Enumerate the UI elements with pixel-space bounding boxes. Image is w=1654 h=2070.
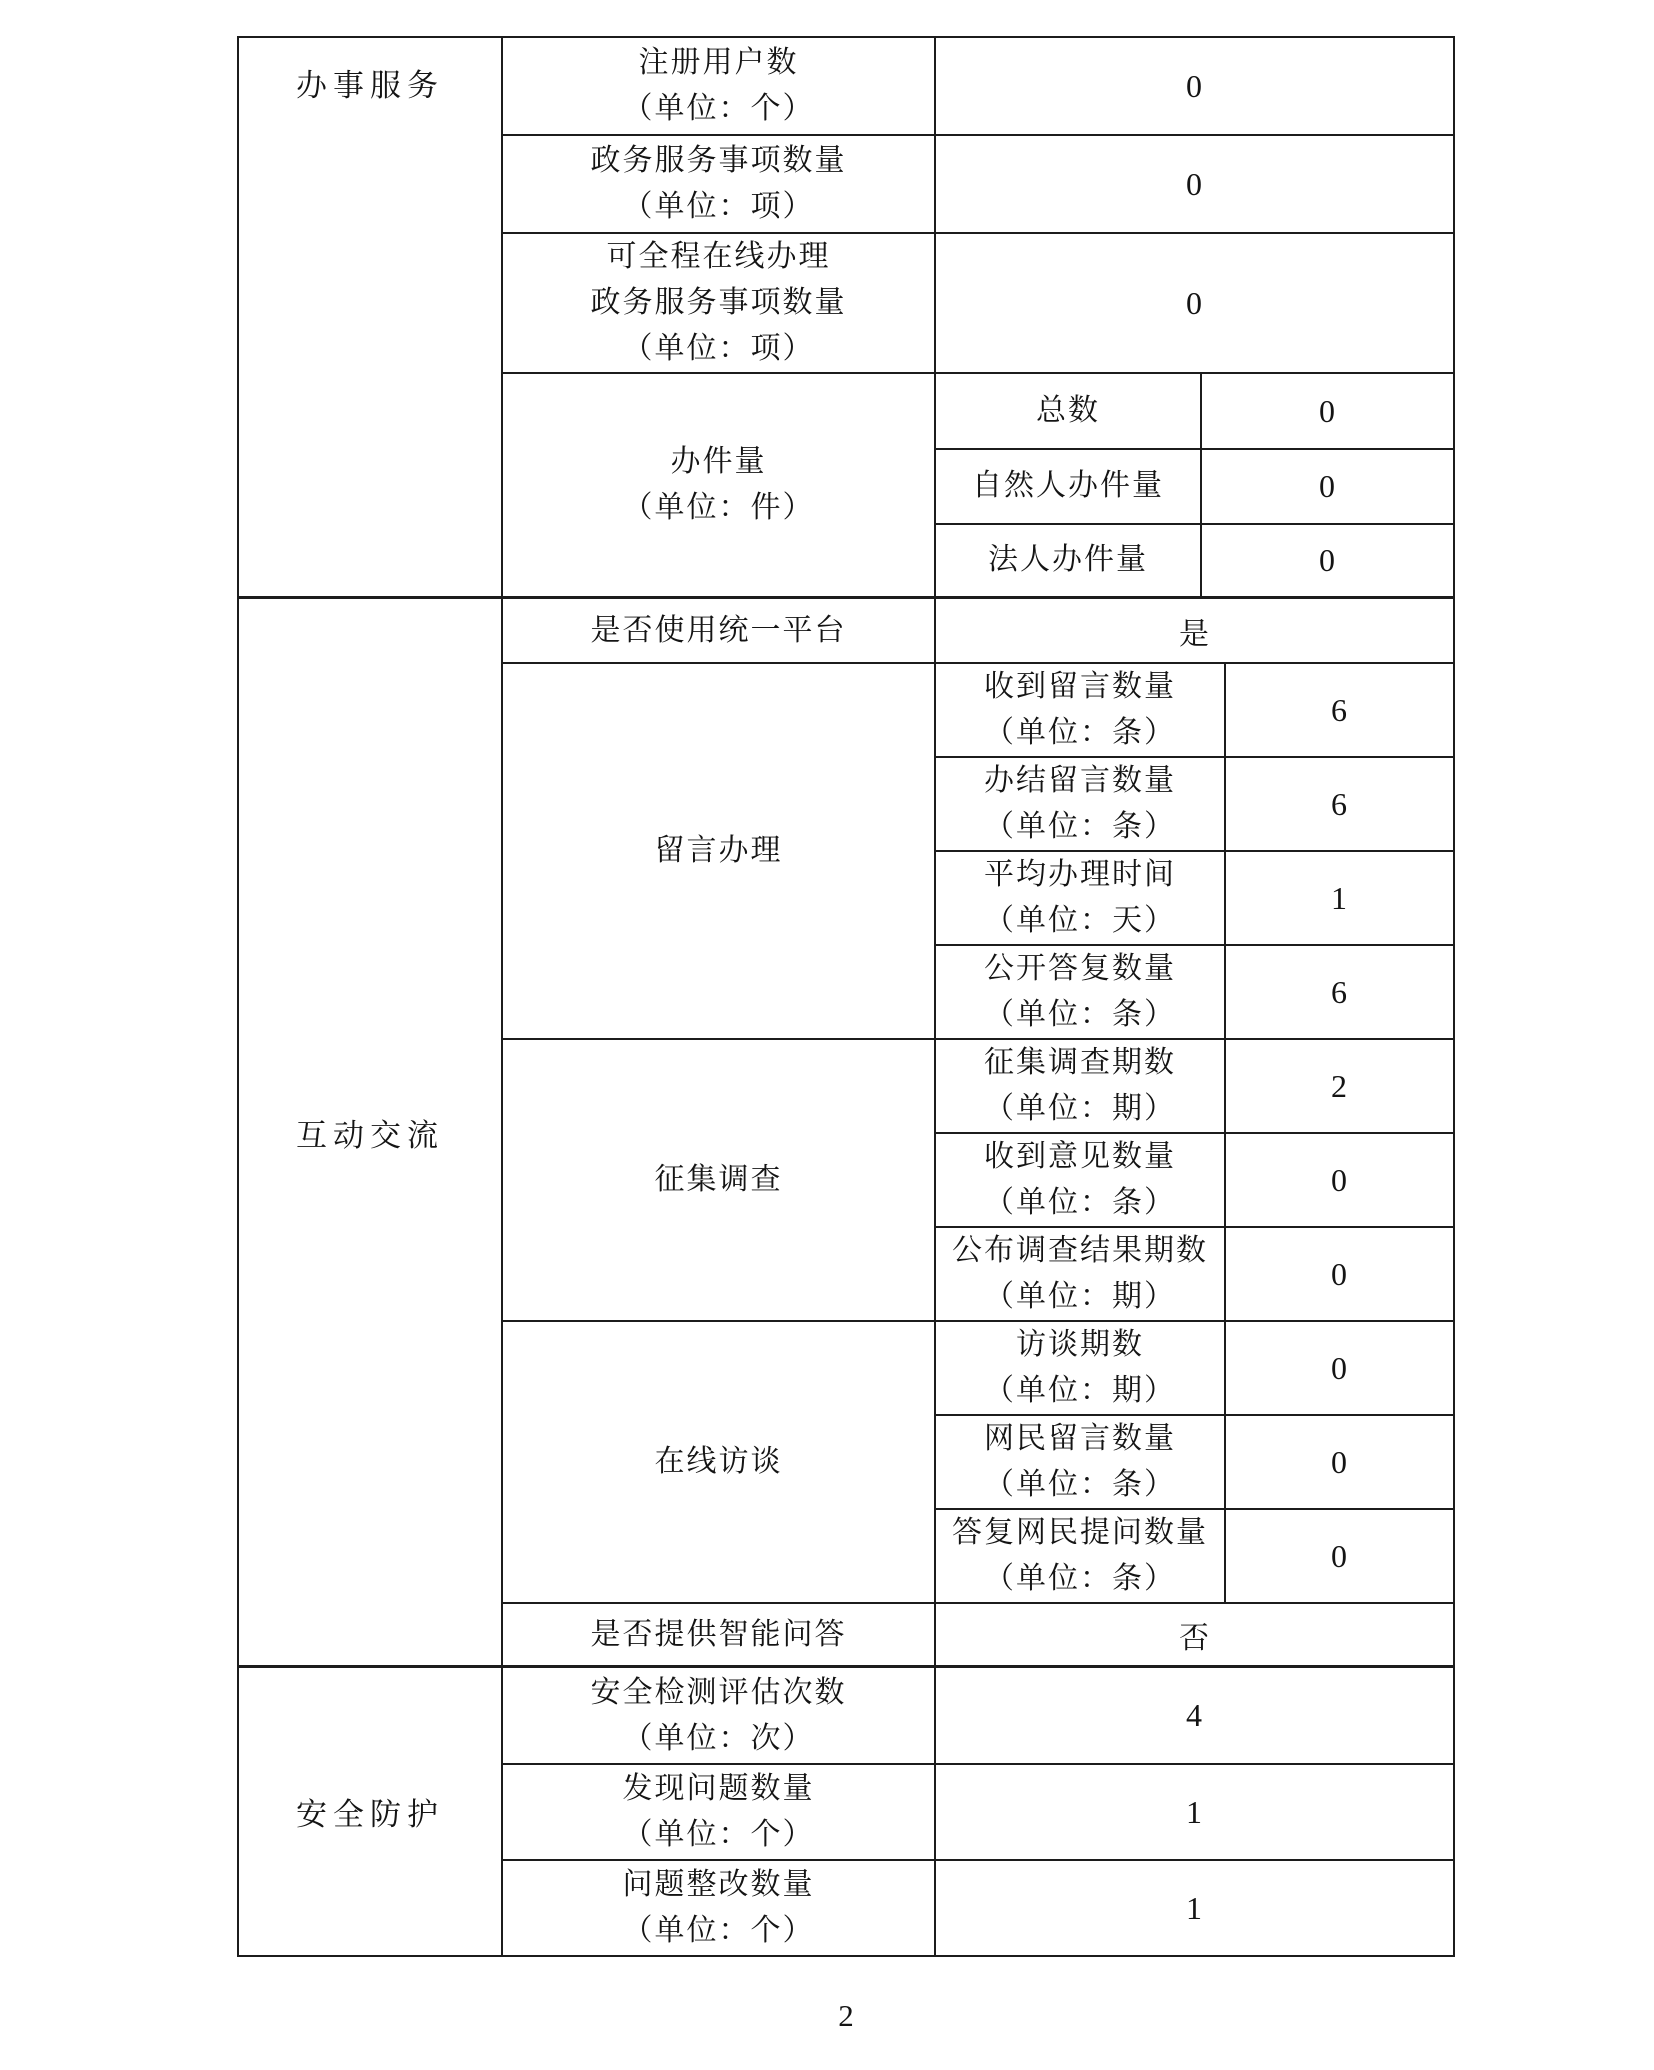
row-group-interview: 在线访谈 访谈期数 （单位：期） 0 网民留言数量 （单位：条） bbox=[503, 1320, 1453, 1602]
value-problems-fixed: 1 bbox=[936, 1861, 1453, 1955]
category-interaction-label: 互动交流 bbox=[296, 1110, 444, 1155]
label-survey-results: 公布调查结果期数 （单位：期） bbox=[936, 1228, 1226, 1320]
label-unit-line: （单位：次） bbox=[623, 1716, 815, 1762]
label-line: 访谈期数 bbox=[1016, 1322, 1144, 1368]
row-problems-fixed: 问题整改数量 （单位：个） 1 bbox=[503, 1859, 1453, 1955]
row-group-cases: 办件量 （单位：件） 总数 0 自然人办件量 0 bbox=[503, 372, 1453, 596]
label-unified-platform: 是否使用统一平台 bbox=[503, 599, 936, 662]
row-registered-users: 注册用户数 （单位：个） 0 bbox=[503, 38, 1453, 134]
label-unit-line: （单位：项） bbox=[623, 184, 815, 230]
label-online-items: 可全程在线办理 政务服务事项数量 （单位：项） bbox=[503, 234, 936, 372]
label-interview-periods: 访谈期数 （单位：期） bbox=[936, 1322, 1226, 1414]
value-cases-legal: 0 bbox=[1202, 525, 1453, 596]
label-line: 办件量 bbox=[671, 439, 767, 485]
value-interview-periods: 0 bbox=[1226, 1322, 1453, 1414]
value-registered-users: 0 bbox=[936, 38, 1453, 134]
label-line: 答复网民提问数量 bbox=[952, 1510, 1208, 1556]
label-cases-natural: 自然人办件量 bbox=[936, 450, 1202, 522]
label-line: 可全程在线办理 bbox=[607, 234, 831, 280]
subrow-interview-messages: 网民留言数量 （单位：条） 0 bbox=[936, 1414, 1453, 1508]
label-line: 注册用户数 bbox=[639, 40, 799, 86]
label-problems-fixed: 问题整改数量 （单位：个） bbox=[503, 1861, 936, 1955]
label-avg-handling-time: 平均办理时间 （单位：天） bbox=[936, 852, 1226, 944]
label-line: 发现问题数量 bbox=[623, 1766, 815, 1812]
value-survey-periods: 2 bbox=[1226, 1040, 1453, 1132]
row-problems-found: 发现问题数量 （单位：个） 1 bbox=[503, 1763, 1453, 1859]
label-unit-line: （单位：件） bbox=[623, 485, 815, 531]
label-unit-line: （单位：个） bbox=[623, 86, 815, 132]
subrow-cases-legal: 法人办件量 0 bbox=[936, 523, 1453, 596]
value-avg-handling-time: 1 bbox=[1226, 852, 1453, 944]
label-survey-group: 征集调查 bbox=[503, 1040, 936, 1320]
row-security-checks: 安全检测评估次数 （单位：次） 4 bbox=[503, 1668, 1453, 1763]
label-line: 问题整改数量 bbox=[623, 1862, 815, 1908]
label-unit-line: （单位：期） bbox=[984, 1274, 1176, 1320]
value-problems-found: 1 bbox=[936, 1765, 1453, 1859]
label-registered-users: 注册用户数 （单位：个） bbox=[503, 38, 936, 134]
label-interview-replies: 答复网民提问数量 （单位：条） bbox=[936, 1510, 1226, 1602]
label-line: 收到留言数量 bbox=[984, 664, 1176, 710]
label-unit-line: （单位：期） bbox=[984, 1086, 1176, 1132]
label-unit-line: （单位：期） bbox=[984, 1368, 1176, 1414]
label-line: 自然人办件量 bbox=[972, 463, 1164, 509]
label-line: 收到意见数量 bbox=[984, 1134, 1176, 1180]
section-service-content: 注册用户数 （单位：个） 0 政务服务事项数量 （单位：项） 0 可全程在线办理… bbox=[503, 38, 1453, 596]
value-smart-qa: 否 bbox=[936, 1604, 1453, 1665]
subrow-survey-results: 公布调查结果期数 （单位：期） 0 bbox=[936, 1226, 1453, 1320]
row-unified-platform: 是否使用统一平台 是 bbox=[503, 599, 1453, 662]
label-interview-group: 在线访谈 bbox=[503, 1322, 936, 1602]
label-unit-line: （单位：天） bbox=[984, 898, 1176, 944]
label-line: 公开答复数量 bbox=[984, 946, 1176, 992]
section-service: 办事服务 注册用户数 （单位：个） 0 政务服务事项数量 （单位：项） 0 可全… bbox=[239, 38, 1453, 596]
value-public-replies: 6 bbox=[1226, 946, 1453, 1038]
label-cases-total: 总数 bbox=[936, 374, 1202, 448]
value-interview-messages: 0 bbox=[1226, 1416, 1453, 1508]
value-messages-received: 6 bbox=[1226, 664, 1453, 756]
subrow-interview-replies: 答复网民提问数量 （单位：条） 0 bbox=[936, 1508, 1453, 1602]
label-line: 是否使用统一平台 bbox=[591, 608, 847, 654]
value-survey-opinions: 0 bbox=[1226, 1134, 1453, 1226]
label-unit-line: （单位：条） bbox=[984, 710, 1176, 756]
label-line: 网民留言数量 bbox=[984, 1416, 1176, 1462]
label-line: 公布调查结果期数 bbox=[952, 1228, 1208, 1274]
value-survey-results: 0 bbox=[1226, 1228, 1453, 1320]
page-number: 2 bbox=[237, 1998, 1455, 2034]
value-unified-platform: 是 bbox=[936, 599, 1453, 662]
label-line: 法人办件量 bbox=[988, 537, 1148, 583]
category-service-label: 办事服务 bbox=[296, 60, 444, 105]
label-line: 总数 bbox=[1036, 388, 1100, 434]
subrow-avg-handling-time: 平均办理时间 （单位：天） 1 bbox=[936, 850, 1453, 944]
row-smart-qa: 是否提供智能问答 否 bbox=[503, 1602, 1453, 1665]
label-unit-line: （单位：条） bbox=[984, 1462, 1176, 1508]
label-security-checks: 安全检测评估次数 （单位：次） bbox=[503, 1668, 936, 1763]
label-problems-found: 发现问题数量 （单位：个） bbox=[503, 1765, 936, 1859]
label-line: 政务服务事项数量 bbox=[591, 280, 847, 326]
category-security-label: 安全防护 bbox=[296, 1789, 444, 1834]
label-line: 留言办理 bbox=[655, 828, 783, 874]
subrow-survey-opinions: 收到意见数量 （单位：条） 0 bbox=[936, 1132, 1453, 1226]
label-line: 征集调查期数 bbox=[984, 1040, 1176, 1086]
value-online-items: 0 bbox=[936, 234, 1453, 372]
label-line: 是否提供智能问答 bbox=[591, 1612, 847, 1658]
label-survey-periods: 征集调查期数 （单位：期） bbox=[936, 1040, 1226, 1132]
label-line: 安全检测评估次数 bbox=[591, 1670, 847, 1716]
label-cases: 办件量 （单位：件） bbox=[503, 374, 936, 596]
row-online-items: 可全程在线办理 政务服务事项数量 （单位：项） 0 bbox=[503, 232, 1453, 372]
value-cases-natural: 0 bbox=[1202, 450, 1453, 522]
message-handling-subrows: 收到留言数量 （单位：条） 6 办结留言数量 （单位：条） 6 bbox=[936, 664, 1453, 1038]
label-service-items: 政务服务事项数量 （单位：项） bbox=[503, 136, 936, 232]
label-messages-completed: 办结留言数量 （单位：条） bbox=[936, 758, 1226, 850]
subrow-cases-natural: 自然人办件量 0 bbox=[936, 448, 1453, 522]
label-unit-line: （单位：条） bbox=[984, 1556, 1176, 1602]
survey-subrows: 征集调查期数 （单位：期） 2 收到意见数量 （单位：条） 0 bbox=[936, 1040, 1453, 1320]
label-line: 征集调查 bbox=[655, 1157, 783, 1203]
section-security: 安全防护 安全检测评估次数 （单位：次） 4 发现问题数量 （单位：个） 1 问… bbox=[239, 1665, 1453, 1955]
subrow-messages-received: 收到留言数量 （单位：条） 6 bbox=[936, 664, 1453, 756]
label-unit-line: （单位：条） bbox=[984, 1180, 1176, 1226]
value-cases-total: 0 bbox=[1202, 374, 1453, 448]
cases-subrows: 总数 0 自然人办件量 0 法人办件量 0 bbox=[936, 374, 1453, 596]
subrow-messages-completed: 办结留言数量 （单位：条） 6 bbox=[936, 756, 1453, 850]
category-interaction: 互动交流 bbox=[239, 599, 503, 1665]
section-interaction: 互动交流 是否使用统一平台 是 留言办理 收到留言数量 （单位：条） bbox=[239, 596, 1453, 1665]
subrow-cases-total: 总数 0 bbox=[936, 374, 1453, 448]
label-message-handling-group: 留言办理 bbox=[503, 664, 936, 1038]
label-cases-legal: 法人办件量 bbox=[936, 525, 1202, 596]
label-line: 政务服务事项数量 bbox=[591, 138, 847, 184]
value-security-checks: 4 bbox=[936, 1668, 1453, 1763]
value-messages-completed: 6 bbox=[1226, 758, 1453, 850]
value-interview-replies: 0 bbox=[1226, 1510, 1453, 1602]
section-interaction-content: 是否使用统一平台 是 留言办理 收到留言数量 （单位：条） 6 bbox=[503, 599, 1453, 1665]
row-group-message-handling: 留言办理 收到留言数量 （单位：条） 6 办结留言数量 （单位：条） bbox=[503, 662, 1453, 1038]
interview-subrows: 访谈期数 （单位：期） 0 网民留言数量 （单位：条） 0 bbox=[936, 1322, 1453, 1602]
subrow-interview-periods: 访谈期数 （单位：期） 0 bbox=[936, 1322, 1453, 1414]
label-line: 在线访谈 bbox=[655, 1439, 783, 1485]
label-unit-line: （单位：条） bbox=[984, 992, 1176, 1038]
row-group-survey: 征集调查 征集调查期数 （单位：期） 2 收到意见数量 （单位：条） bbox=[503, 1038, 1453, 1320]
value-service-items: 0 bbox=[936, 136, 1453, 232]
label-messages-received: 收到留言数量 （单位：条） bbox=[936, 664, 1226, 756]
label-interview-messages: 网民留言数量 （单位：条） bbox=[936, 1416, 1226, 1508]
subrow-public-replies: 公开答复数量 （单位：条） 6 bbox=[936, 944, 1453, 1038]
category-service: 办事服务 bbox=[239, 38, 503, 596]
label-unit-line: （单位：项） bbox=[623, 326, 815, 372]
section-security-content: 安全检测评估次数 （单位：次） 4 发现问题数量 （单位：个） 1 问题整改数量… bbox=[503, 1668, 1453, 1955]
label-public-replies: 公开答复数量 （单位：条） bbox=[936, 946, 1226, 1038]
label-survey-opinions: 收到意见数量 （单位：条） bbox=[936, 1134, 1226, 1226]
subrow-survey-periods: 征集调查期数 （单位：期） 2 bbox=[936, 1040, 1453, 1132]
annual-report-table: 办事服务 注册用户数 （单位：个） 0 政务服务事项数量 （单位：项） 0 可全… bbox=[237, 36, 1455, 1957]
row-service-items: 政务服务事项数量 （单位：项） 0 bbox=[503, 134, 1453, 232]
label-smart-qa: 是否提供智能问答 bbox=[503, 1604, 936, 1665]
label-line: 办结留言数量 bbox=[984, 758, 1176, 804]
label-unit-line: （单位：个） bbox=[623, 1812, 815, 1858]
label-line: 平均办理时间 bbox=[984, 852, 1176, 898]
label-unit-line: （单位：个） bbox=[623, 1908, 815, 1954]
label-unit-line: （单位：条） bbox=[984, 804, 1176, 850]
category-security: 安全防护 bbox=[239, 1668, 503, 1955]
